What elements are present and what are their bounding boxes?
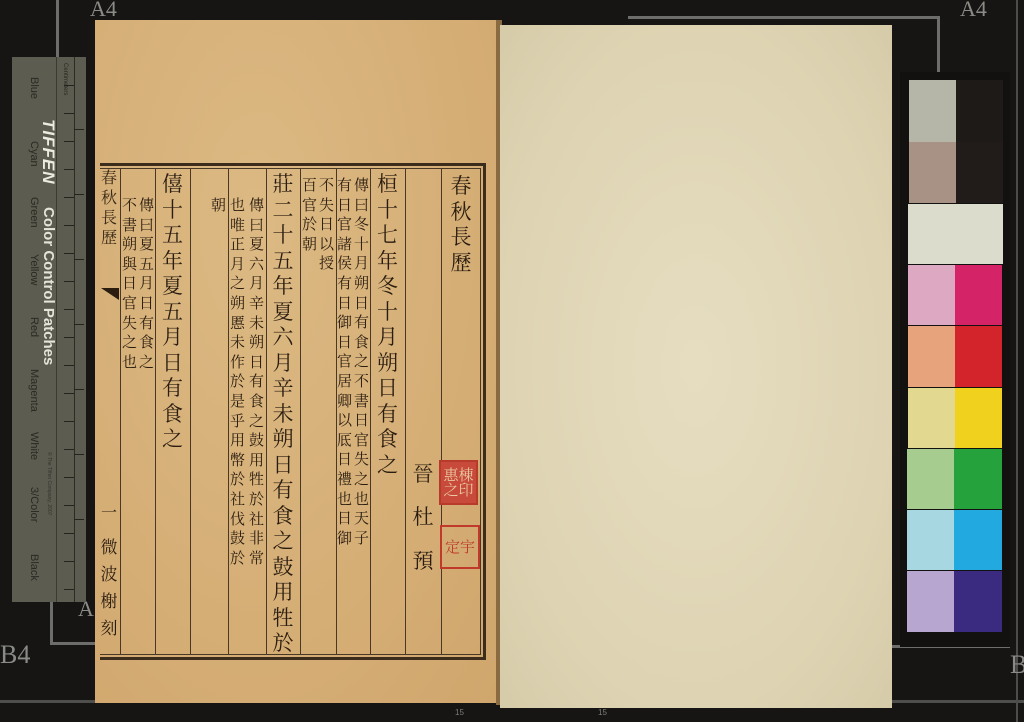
red-seal-intaglio: 定宇 — [440, 525, 480, 569]
commentary-chao: 朝 — [209, 196, 228, 216]
main-entry-zhuang: 莊二十五年夏六月辛未朔日有食之鼓用牲於 — [266, 172, 300, 657]
color-label-green: Green — [28, 197, 40, 228]
ruler-tick — [64, 505, 74, 506]
tiffen-copyright: © The Tiffen Company, 2007 — [46, 452, 52, 515]
patch-magenta — [955, 265, 1002, 325]
patch-cyan — [954, 510, 1002, 570]
ruler-tick-inch — [74, 129, 84, 130]
ruler-tick — [64, 281, 74, 282]
color-label-black: Black — [28, 554, 40, 581]
ruler-tick — [64, 365, 74, 366]
fold-page-number: 一 — [100, 500, 118, 523]
patch-salmon — [908, 326, 955, 387]
patch-pink-light — [908, 265, 955, 325]
board-outline-left-v — [56, 0, 59, 60]
tiffen-color-strip: Centimeters TIFFEN Color Control Patches… — [12, 57, 86, 602]
ruler-tick-inch — [74, 259, 84, 260]
fold-publisher-mark: 微波榭刻 — [98, 535, 120, 643]
ruler-tick-inch — [74, 519, 84, 520]
author-name: 杜 預 — [405, 505, 441, 574]
ruler-tick — [64, 421, 74, 422]
fishtail-mark — [101, 288, 119, 300]
ruler-tick — [64, 477, 74, 478]
column-rule — [190, 168, 191, 655]
ruler-unit-label: Centimeters — [62, 63, 68, 95]
commentary-zhuang-right: 傳曰夏六月辛未朔日有食之鼓用牲於社非常 — [247, 196, 266, 568]
patch-black-1 — [956, 80, 1003, 142]
color-label-3color: 3/Color — [28, 487, 40, 522]
patch-indigo — [954, 571, 1002, 632]
board-outline-top-right — [628, 16, 940, 19]
main-entry-xi: 僖十五年夏五月日有食之 — [155, 172, 190, 453]
ruler-edge — [74, 57, 75, 602]
commentary-zhuang-left: 也唯正月之朔慝未作於是乎用幣於社伐鼓於 — [228, 196, 247, 568]
ruler-tick-inch — [74, 324, 84, 325]
ruler-tick — [64, 113, 74, 114]
ruler-tick — [64, 309, 74, 310]
ruler-tick — [64, 141, 74, 142]
ruler-tick-inch — [74, 389, 84, 390]
right-page-blank — [500, 25, 892, 708]
patch-taupe — [909, 142, 956, 203]
ruler-tick — [64, 533, 74, 534]
commentary-huan-right: 傳曰冬十月朔日有食之不書日官失之也天子 — [353, 176, 370, 548]
ruler-tick-inch — [74, 454, 84, 455]
commentary-huan-left: 有日官諸侯有日御日官居卿以厎日禮也日御 — [336, 176, 353, 548]
color-label-red: Red — [28, 317, 40, 337]
main-entry-huan: 桓十七年冬十月朔日有食之 — [370, 172, 405, 478]
patch-yellow-light — [908, 388, 955, 448]
commentary-xi-right: 傳曰夏五月日有食之 — [138, 196, 155, 372]
commentary-xi-left: 不書朔與日官失之也 — [121, 196, 138, 372]
board-tick-label-2: 15 — [598, 708, 607, 717]
patch-black-2 — [956, 142, 1003, 203]
color-label-blue: Blue — [28, 77, 40, 99]
red-seal-relief: 惠棟之印 — [439, 460, 478, 505]
color-label-white: White — [28, 432, 40, 460]
commentary-cont-right: 不失日以授 — [318, 176, 335, 274]
ruler-tick — [64, 589, 74, 590]
patch-white — [908, 204, 1003, 264]
patch-cyan-light — [907, 510, 954, 570]
ruler-tick — [64, 225, 74, 226]
ruler-tick — [64, 253, 74, 254]
author-dynasty: 晉 — [405, 462, 441, 488]
color-label-yellow: Yellow — [28, 254, 40, 285]
patch-gray-light — [909, 80, 956, 142]
ruler-tick-inch — [74, 194, 84, 195]
board-outline-left-v2 — [50, 600, 53, 645]
board-outline-left-h — [50, 642, 98, 645]
patch-green-light — [907, 449, 954, 509]
ruler-tick — [64, 337, 74, 338]
board-label-b4: B4 — [0, 640, 30, 670]
board-label-b: B — [1010, 650, 1024, 680]
ruler-tick — [64, 449, 74, 450]
board-outline-right-v2 — [1016, 0, 1018, 722]
ruler-tick — [64, 169, 74, 170]
ruler-tick — [64, 197, 74, 198]
color-label-cyan: Cyan — [28, 141, 40, 167]
ruler-tick — [64, 393, 74, 394]
board-tick-label-1: 15 — [455, 708, 464, 717]
ruler-tick — [64, 85, 74, 86]
commentary-cont-left: 百官於朝 — [301, 176, 318, 254]
board-label-a4-right: A4 — [960, 0, 987, 22]
board-label-a4-left: A4 — [90, 0, 117, 22]
color-label-magenta: Magenta — [28, 369, 40, 412]
book-title: 春 秋 長 歷 — [444, 174, 478, 276]
fold-column-title: 春秋長歷 — [100, 168, 118, 248]
column-rule — [405, 168, 406, 655]
patch-red — [955, 326, 1002, 387]
tiffen-logo: TIFFEN — [38, 119, 58, 185]
column-rule — [441, 168, 442, 655]
patch-green — [954, 449, 1002, 509]
patch-lavender — [907, 571, 954, 632]
tiffen-title: Color Control Patches — [40, 207, 57, 365]
ruler-tick — [64, 561, 74, 562]
patch-yellow — [955, 388, 1002, 448]
